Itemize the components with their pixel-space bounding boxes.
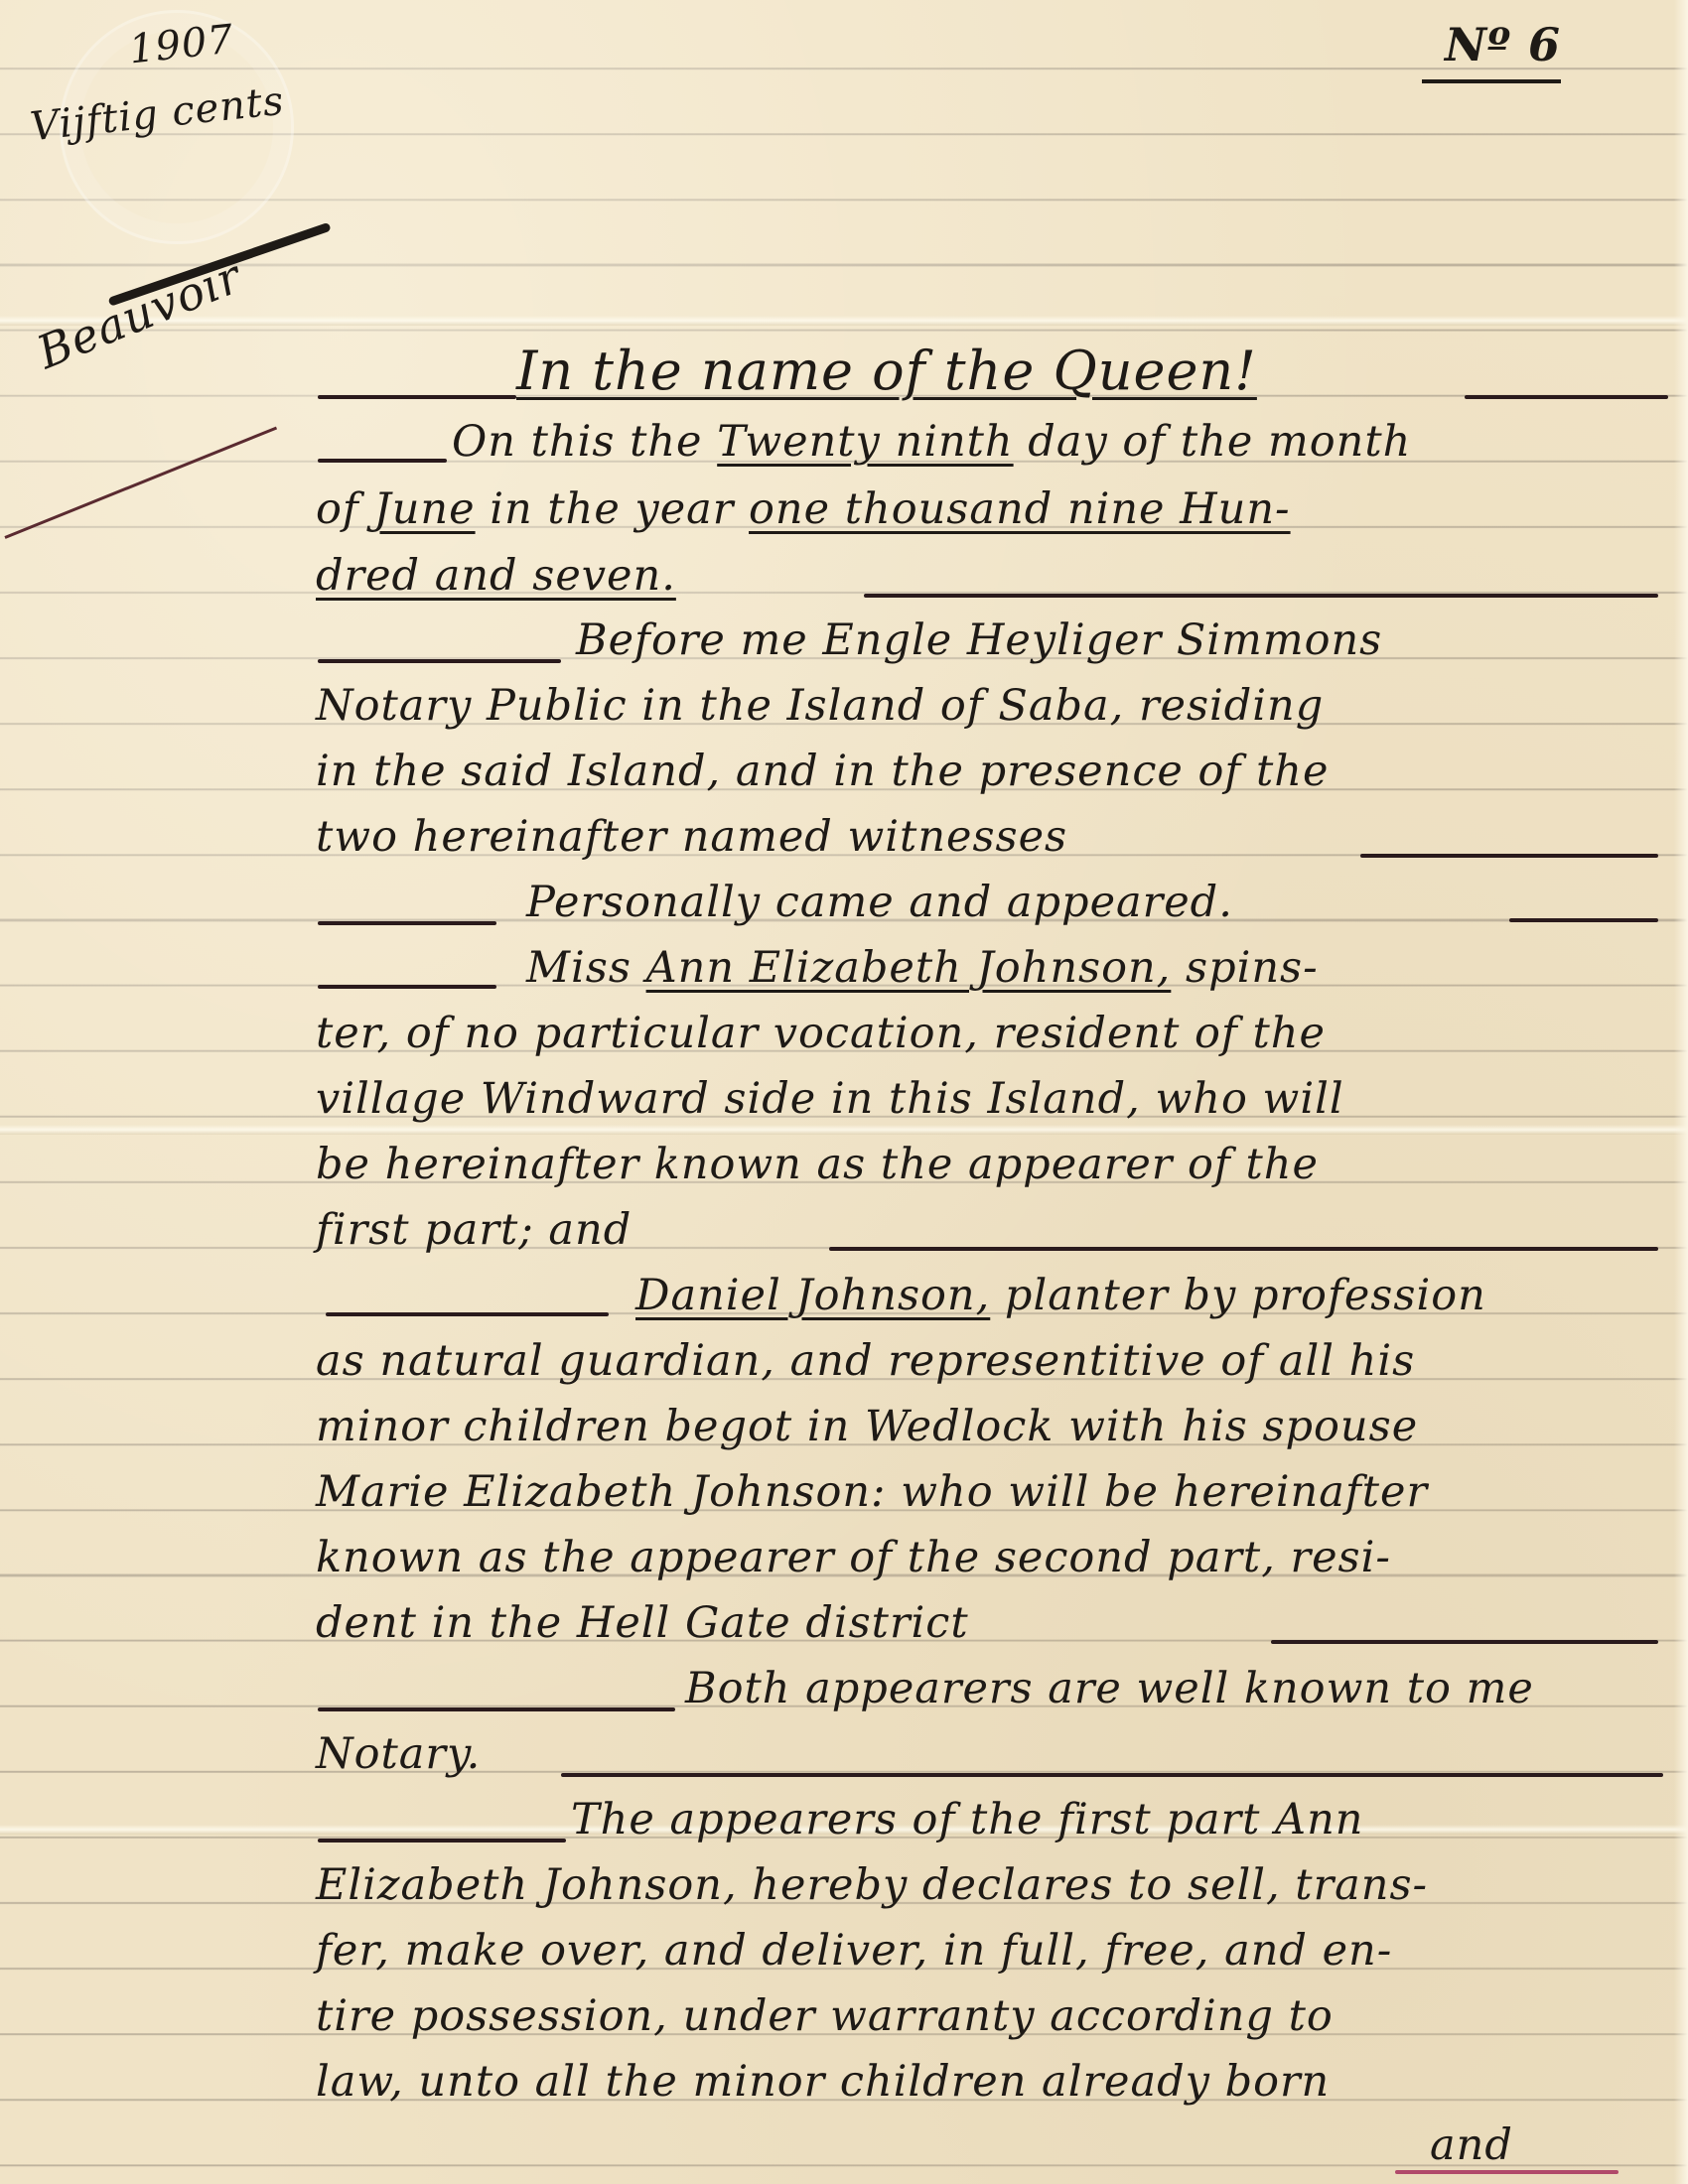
- fill-rule: [318, 395, 516, 399]
- text-line-19: dent in the Hell Gate district: [316, 1598, 969, 1648]
- text-line-18: known as the appearer of the second part…: [316, 1533, 1391, 1582]
- text-line-7: two hereinafter named witnesses: [316, 812, 1067, 862]
- paper-fold: [0, 316, 1688, 326]
- text-line-12: be hereinafter known as the appearer of …: [316, 1140, 1319, 1189]
- fill-rule: [561, 1773, 1663, 1777]
- text-line-1: On this the Twenty ninth day of the mont…: [452, 417, 1411, 467]
- catchword-rule: [1395, 2170, 1618, 2174]
- document-title: In the name of the Queen!: [516, 340, 1257, 402]
- document-number-underline: [1422, 79, 1561, 83]
- text-line-26: law, unto all the minor children already…: [316, 2057, 1330, 2107]
- text-line-13: first part; and: [316, 1205, 632, 1255]
- text-line-10: ter, of no particular vocation, resident…: [316, 1009, 1326, 1058]
- fill-rule: [1360, 854, 1658, 858]
- fill-rule: [1465, 395, 1668, 399]
- fill-rule: [318, 1707, 675, 1711]
- fill-rule: [1271, 1640, 1658, 1644]
- text-line-21: Notary.: [316, 1729, 481, 1779]
- text-line-2: of June in the year one thousand nine Hu…: [316, 484, 1291, 534]
- text-line-3: dred and seven.: [316, 551, 676, 601]
- page-edge: [1674, 0, 1688, 2184]
- text-line-20: Both appearers are well known to me: [685, 1664, 1534, 1713]
- fill-rule: [318, 1839, 566, 1843]
- text-line-17: Marie Elizabeth Johnson: who will be her…: [316, 1467, 1428, 1517]
- fill-rule: [318, 459, 447, 463]
- fill-rule: [829, 1247, 1658, 1251]
- text-line-23: Elizabeth Johnson, hereby declares to se…: [316, 1860, 1428, 1910]
- fill-rule: [318, 921, 496, 925]
- text-line-24: fer, make over, and deliver, in full, fr…: [316, 1926, 1392, 1976]
- text-line-4: Before me Engle Heyliger Simmons: [576, 615, 1382, 665]
- text-line-25: tire possession, under warranty accordin…: [316, 1991, 1334, 2041]
- catchword: and: [1430, 2120, 1513, 2170]
- fill-rule: [318, 659, 561, 663]
- document-number: Nº 6: [1445, 18, 1561, 71]
- fill-rule: [864, 594, 1658, 598]
- text-line-6: in the said Island, and in the presence …: [316, 747, 1329, 796]
- text-line-22: The appearers of the first part Ann: [571, 1795, 1363, 1844]
- text-line-15: as natural guardian, and representitive …: [316, 1336, 1415, 1386]
- text-line-16: minor children begot in Wedlock with his…: [316, 1402, 1418, 1451]
- text-line-14: Daniel Johnson, planter by profession: [635, 1271, 1486, 1320]
- fill-rule: [318, 985, 496, 989]
- paper-fold: [0, 1125, 1688, 1135]
- text-line-5: Notary Public in the Island of Saba, res…: [316, 681, 1324, 731]
- fill-rule: [326, 1312, 609, 1316]
- fill-rule: [1509, 918, 1658, 922]
- text-line-8: Personally came and appeared.: [526, 878, 1233, 927]
- text-line-9: Miss Ann Elizabeth Johnson, spins-: [526, 943, 1319, 993]
- text-line-11: village Windward side in this Island, wh…: [316, 1074, 1344, 1124]
